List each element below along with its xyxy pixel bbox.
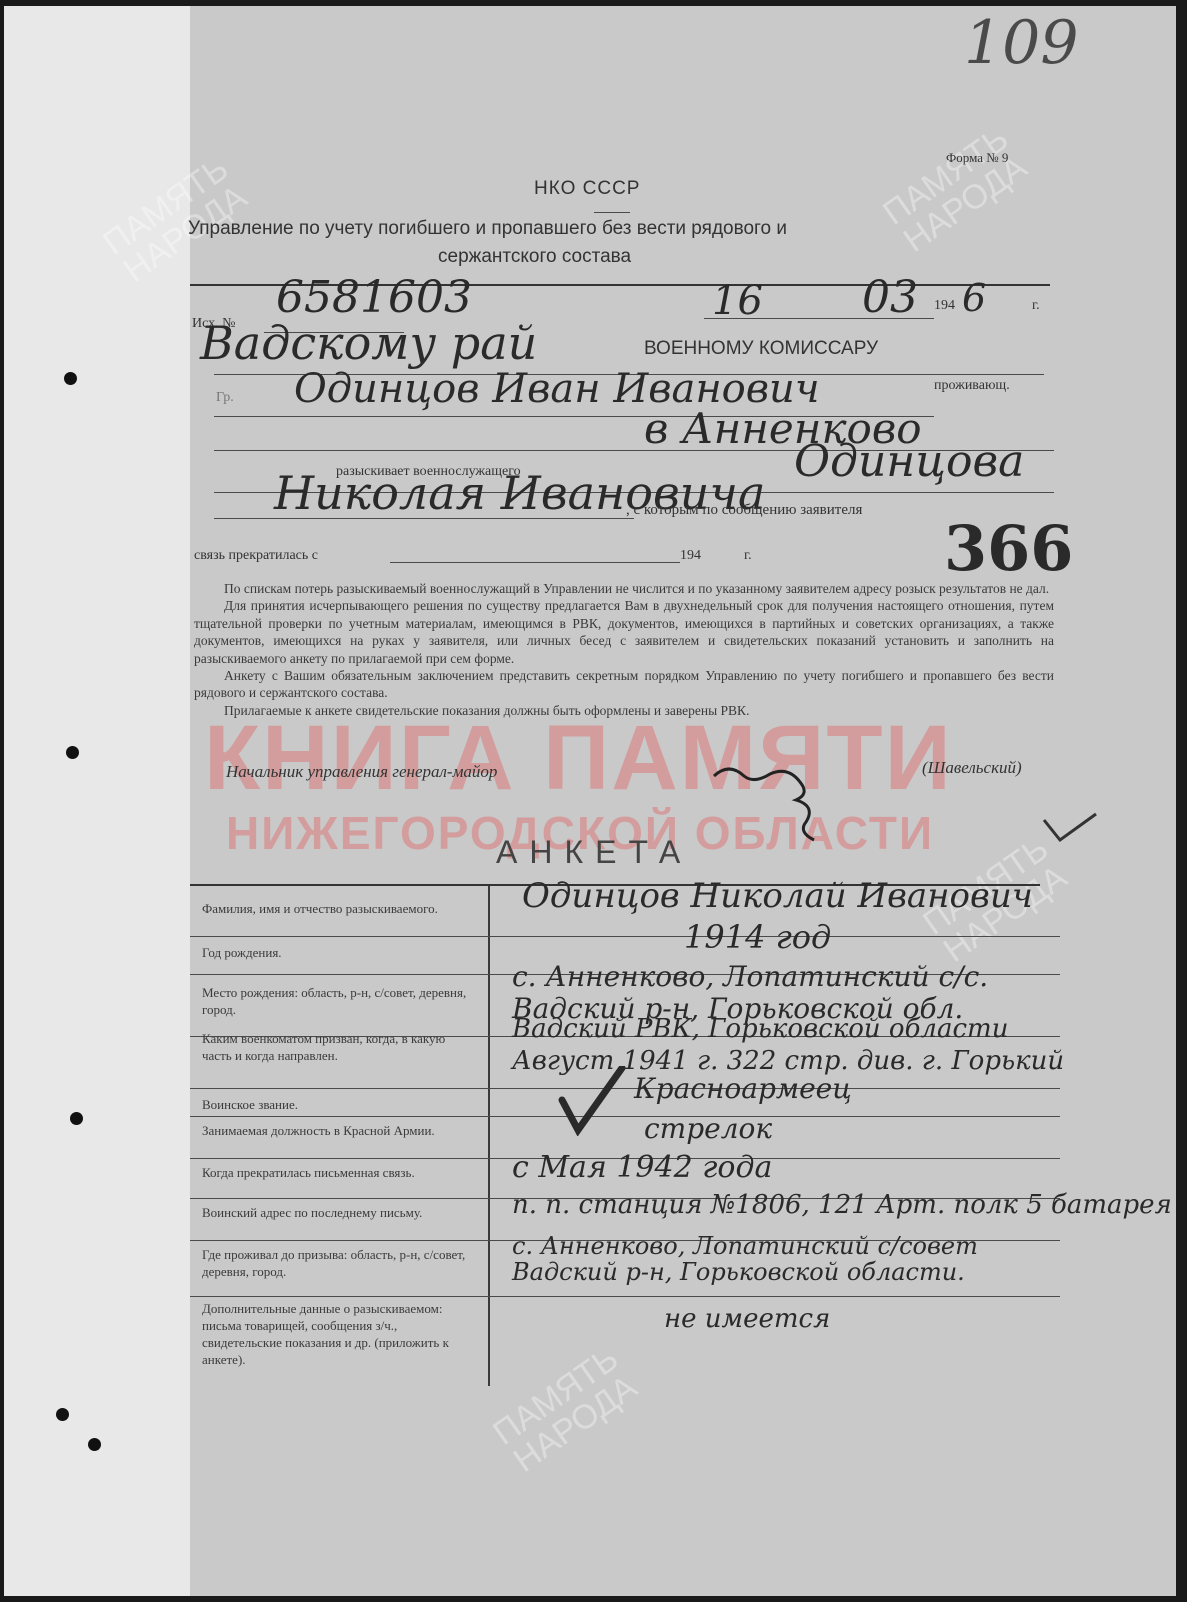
answer-cell: стрелок (644, 1112, 1176, 1145)
checkmark-icon (1040, 806, 1100, 846)
margin-number: 366 (944, 512, 1073, 585)
body-paragraph: Для принятия исчерпывающего решения по с… (194, 597, 1054, 667)
question-cell: Каким военкоматом призван, когда, в каку… (202, 1030, 474, 1064)
watermark-stamp: ПАМЯТЬ НАРОДА (877, 121, 1033, 259)
answer-cell: Вадский РВК, Горьковской области (512, 1014, 1172, 1044)
table-divider (488, 886, 490, 1386)
punch-hole (88, 1438, 101, 1451)
lost-contact-year: 194 (680, 548, 701, 564)
document-page: ПАМЯТЬ НАРОДА ПАМЯТЬ НАРОДА ПАМЯТЬ НАРОД… (4, 6, 1176, 1596)
year-unit: г. (1032, 298, 1040, 314)
lost-contact-label: связь прекратилась с (194, 548, 318, 564)
question-cell: Занимаемая должность в Красной Армии. (202, 1122, 474, 1139)
question-cell: Воинский адрес по последнему письму. (202, 1204, 474, 1221)
divider (594, 212, 630, 213)
body-paragraph: Анкету с Вашим обязательным заключением … (194, 667, 1054, 702)
question-cell: Год рождения. (202, 944, 474, 961)
question-cell: Воинское звание. (202, 1096, 474, 1113)
answer-cell: не имеется (664, 1304, 1176, 1334)
applicant-living-label: проживающ. (934, 378, 1010, 394)
signature-name: (Шавельский) (922, 758, 1022, 778)
watermark-stamp: ПАМЯТЬ НАРОДА (487, 1341, 643, 1479)
answer-cell: п. п. станция №1806, 121 Арт. полк 5 бат… (512, 1190, 1172, 1220)
answer-cell: Красноармеец (634, 1072, 1176, 1105)
questionnaire-title: АНКЕТА (496, 834, 692, 871)
page-number: 109 (964, 8, 1079, 78)
field-line (390, 562, 680, 563)
department-line-2: сержантского состава (438, 246, 631, 268)
question-cell: Дополнительные данные о разыскиваемом: п… (202, 1300, 474, 1368)
outgoing-day: 16 (712, 278, 763, 324)
answer-cell: Одинцов Николай Иванович (522, 876, 1176, 916)
answer-cell: Вадский р-н, Горьковской области. (512, 1258, 1172, 1286)
year-prefix: 194 (934, 298, 955, 314)
question-cell: Когда прекратилась письменная связь. (202, 1164, 474, 1181)
lost-contact-unit: г. (744, 548, 752, 564)
signature-title: Начальник управления генерал-майор (226, 762, 497, 782)
answer-cell: с. Анненково, Лопатинский с/совет (512, 1232, 1172, 1260)
question-cell: Место рождения: область, р-н, с/совет, д… (202, 984, 474, 1018)
answer-cell: 1914 год (684, 918, 1176, 956)
addressee-handwritten: Вадскому рай (200, 316, 537, 370)
addressee-printed: ВОЕННОМУ КОМИССАРУ (644, 338, 878, 360)
punch-hole (66, 746, 79, 759)
signature-scribble (704, 754, 904, 844)
applicant-prefix: Гр. (216, 390, 234, 406)
punch-hole (70, 1112, 83, 1125)
org-title: НКО СССР (534, 178, 640, 200)
year-suffix: 6 (962, 276, 986, 320)
sought-surname: Одинцова (794, 436, 1024, 487)
form-label: Форма № 9 (946, 150, 1008, 166)
letter-body: По спискам потерь разыскиваемый военносл… (194, 580, 1054, 719)
row-rule (190, 1296, 1060, 1297)
body-paragraph: По спискам потерь разыскиваемый военносл… (194, 580, 1054, 597)
sought-after-text: , с которым по сообщению заявителя (626, 502, 862, 519)
checkmark-icon (556, 1066, 626, 1136)
punch-hole (64, 372, 77, 385)
punch-hole (56, 1408, 69, 1421)
outgoing-month: 03 (862, 272, 918, 323)
field-line (214, 518, 634, 519)
department-line-1: Управление по учету погибшего и пропавше… (188, 218, 787, 240)
question-cell: Где проживал до призыва: область, р-н, с… (202, 1246, 474, 1280)
answer-cell: с. Анненково, Лопатинский с/с. (512, 960, 1172, 993)
answer-cell: с Мая 1942 года (512, 1150, 1172, 1185)
question-cell: Фамилия, имя и отчество разыскиваемого. (202, 900, 474, 917)
